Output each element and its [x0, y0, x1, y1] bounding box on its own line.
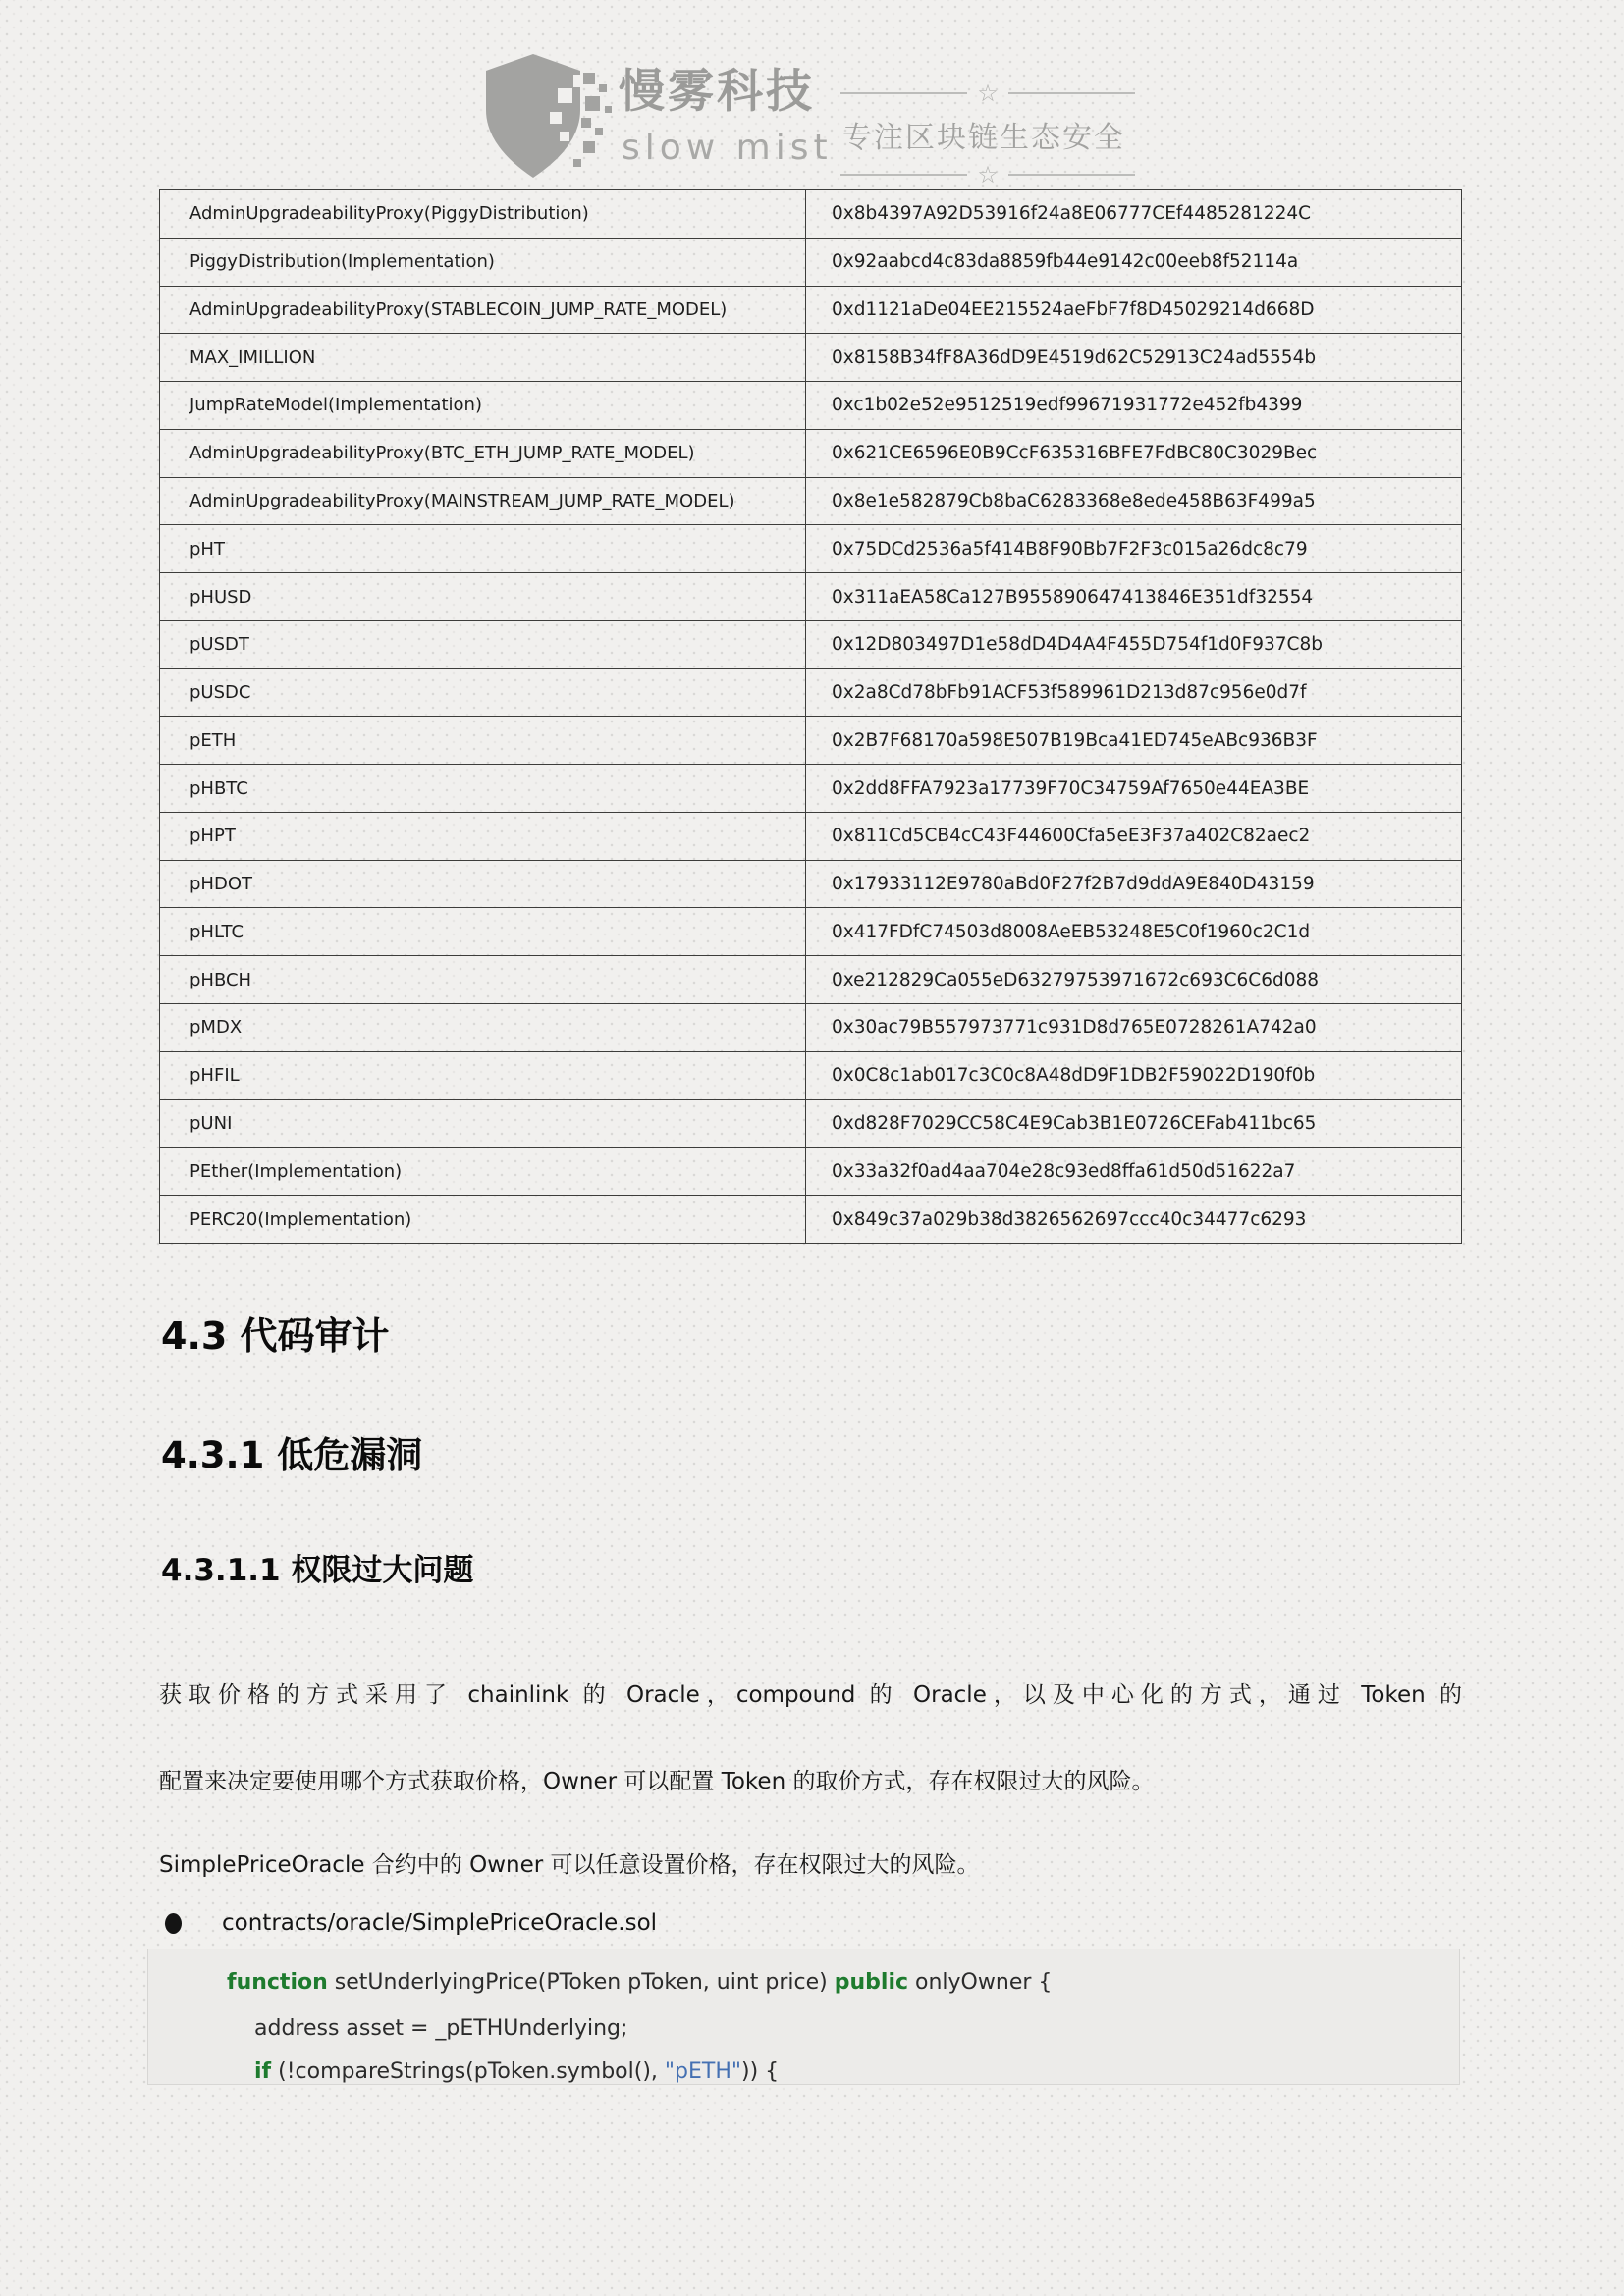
table-row: pUNI 0xd828F7029CC58C4E9Cab3B1E0726CEFab… [160, 1099, 1462, 1148]
table-row: pETH 0x2B7F68170a598E507B19Bca41ED745eAB… [160, 717, 1462, 765]
table-row: AdminUpgradeabilityProxy(BTC_ETH_JUMP_RA… [160, 429, 1462, 477]
contract-address-cell: 0x30ac79B557973771c931D8d765E0728261A742… [806, 1004, 1462, 1052]
code-text: )) { [741, 2059, 779, 2084]
bullet-icon [165, 1913, 182, 1934]
header-tagline: ☆ 专注区块链生态安全 ☆ [840, 80, 1135, 187]
table-row: pHLTC 0x417FDfC74503d8008AeEB53248E5C0f1… [160, 908, 1462, 956]
contract-address-cell: 0x2B7F68170a598E507B19Bca41ED745eABc936B… [806, 717, 1462, 765]
report-page: 慢雾科技 slow mist ☆ 专注区块链生态安全 ☆ AdminUpgrad… [0, 0, 1624, 2296]
table-row: pUSDC 0x2a8Cd78bFb91ACF53f589961D213d87c… [160, 668, 1462, 717]
contract-name-cell: pHPT [160, 812, 806, 860]
contract-address-cell: 0x849c37a029b38d3826562697ccc40c34477c62… [806, 1196, 1462, 1244]
table-row: PiggyDistribution(Implementation) 0x92aa… [160, 238, 1462, 286]
table-row: pHPT 0x811Cd5CB4cC43F44600Cfa5eE3F37a402… [160, 812, 1462, 860]
contract-address-cell: 0x75DCd2536a5f414B8F90Bb7F2F3c015a26dc8c… [806, 525, 1462, 573]
code-line-3: if (!compareStrings(pToken.symbol(), "pE… [254, 2057, 779, 2087]
table-row: pUSDT 0x12D803497D1e58dD4D4A4F455D754f1d… [160, 620, 1462, 668]
table-row: pHBCH 0xe212829Ca055eD63279753971672c693… [160, 956, 1462, 1004]
section-heading-4-3: 4.3 代码审计 [161, 1306, 390, 1360]
paragraph-line-1: 获取价格的方式采用了 chainlink 的 Oracle，compound 的… [159, 1679, 1462, 1712]
paragraph-line-2: 配置来决定要使用哪个方式获取价格，Owner 可以配置 Token 的取价方式，… [159, 1765, 1462, 1798]
file-path-label: contracts/oracle/SimplePriceOracle.sol [222, 1910, 657, 1936]
section-heading-4-3-1-1: 4.3.1.1 权限过大问题 [161, 1545, 473, 1589]
contract-name-cell: AdminUpgradeabilityProxy(STABLECOIN_JUMP… [160, 286, 806, 334]
contract-address-cell: 0x12D803497D1e58dD4D4A4F455D754f1d0F937C… [806, 620, 1462, 668]
code-text: (!compareStrings(pToken.symbol(), [271, 2059, 665, 2084]
table-row: pHUSD 0x311aEA58Ca127B955890647413846E35… [160, 573, 1462, 621]
contract-name-cell: pETH [160, 717, 806, 765]
table-row: pMDX 0x30ac79B557973771c931D8d765E072826… [160, 1004, 1462, 1052]
contract-address-cell: 0x2dd8FFA7923a17739F70C34759Af7650e44EA3… [806, 765, 1462, 813]
table-row: pHFIL 0x0C8c1ab017c3C0c8A48dD9F1DB2F5902… [160, 1051, 1462, 1099]
contract-name-cell: pHT [160, 525, 806, 573]
contract-name-cell: pHBTC [160, 765, 806, 813]
table-row: AdminUpgradeabilityProxy(STABLECOIN_JUMP… [160, 286, 1462, 334]
contract-address-cell: 0x8e1e582879Cb8baC6283368e8ede458B63F499… [806, 477, 1462, 525]
contract-address-cell: 0x811Cd5CB4cC43F44600Cfa5eE3F37a402C82ae… [806, 812, 1462, 860]
tagline-text: 专注区块链生态安全 [842, 113, 1135, 156]
contract-name-cell: MAX_IMILLION [160, 334, 806, 382]
contract-name-cell: PERC20(Implementation) [160, 1196, 806, 1244]
slowmist-shield-icon [479, 51, 636, 184]
contract-address-cell: 0x8158B34fF8A36dD9E4519d62C52913C24ad555… [806, 334, 1462, 382]
contract-name-cell: pHFIL [160, 1051, 806, 1099]
contract-name-cell: JumpRateModel(Implementation) [160, 382, 806, 430]
table-row: MAX_IMILLION 0x8158B34fF8A36dD9E4519d62C… [160, 334, 1462, 382]
table-row: JumpRateModel(Implementation) 0xc1b02e52… [160, 382, 1462, 430]
tagline-top-divider: ☆ [840, 80, 1135, 106]
contract-name-cell: pUSDC [160, 668, 806, 717]
contract-name-cell: PiggyDistribution(Implementation) [160, 238, 806, 286]
contract-name-cell: pHUSD [160, 573, 806, 621]
string-literal: "pETH" [665, 2059, 741, 2084]
contract-address-cell: 0x8b4397A92D53916f24a8E06777CEf448528122… [806, 190, 1462, 239]
table-row: pHDOT 0x17933112E9780aBd0F27f2B7d9ddA9E8… [160, 860, 1462, 908]
code-block: function setUnderlyingPrice(PToken pToke… [147, 1949, 1460, 2085]
contract-address-cell: 0xd1121aDe04EE215524aeFbF7f8D45029214d66… [806, 286, 1462, 334]
contracts-table-body: AdminUpgradeabilityProxy(PiggyDistributi… [160, 190, 1462, 1244]
contract-name-cell: pHLTC [160, 908, 806, 956]
file-bullet-item: contracts/oracle/SimplePriceOracle.sol [165, 1910, 657, 1936]
contract-name-cell: pUNI [160, 1099, 806, 1148]
contract-address-cell: 0xc1b02e52e9512519edf99671931772e452fb43… [806, 382, 1462, 430]
table-row: PERC20(Implementation) 0x849c37a029b38d3… [160, 1196, 1462, 1244]
divider-line [1008, 92, 1135, 94]
star-icon: ☆ [977, 163, 999, 187]
keyword-if: if [254, 2059, 271, 2084]
code-text: setUnderlyingPrice(PToken pToken, uint p… [328, 1970, 835, 1995]
contract-address-cell: 0x92aabcd4c83da8859fb44e9142c00eeb8f5211… [806, 238, 1462, 286]
contract-name-cell: PEther(Implementation) [160, 1148, 806, 1196]
keyword-public: public [835, 1970, 908, 1995]
contract-address-cell: 0xd828F7029CC58C4E9Cab3B1E0726CEFab411bc… [806, 1099, 1462, 1148]
star-icon: ☆ [977, 81, 999, 105]
divider-line [1008, 174, 1135, 176]
code-line-2: address asset = _pETHUnderlying; [254, 2014, 627, 2044]
contract-address-cell: 0x17933112E9780aBd0F27f2B7d9ddA9E840D431… [806, 860, 1462, 908]
contract-name-cell: AdminUpgradeabilityProxy(BTC_ETH_JUMP_RA… [160, 429, 806, 477]
contract-address-cell: 0x311aEA58Ca127B955890647413846E351df325… [806, 573, 1462, 621]
keyword-function: function [227, 1970, 328, 1995]
contract-name-cell: pHDOT [160, 860, 806, 908]
tagline-bottom-divider: ☆ [840, 162, 1135, 187]
table-row: AdminUpgradeabilityProxy(MAINSTREAM_JUMP… [160, 477, 1462, 525]
table-row: pHBTC 0x2dd8FFA7923a17739F70C34759Af7650… [160, 765, 1462, 813]
table-row: AdminUpgradeabilityProxy(PiggyDistributi… [160, 190, 1462, 239]
contract-address-cell: 0x0C8c1ab017c3C0c8A48dD9F1DB2F59022D190f… [806, 1051, 1462, 1099]
contract-name-cell: AdminUpgradeabilityProxy(PiggyDistributi… [160, 190, 806, 239]
contract-name-cell: pUSDT [160, 620, 806, 668]
table-row: PEther(Implementation) 0x33a32f0ad4aa704… [160, 1148, 1462, 1196]
contract-name-cell: AdminUpgradeabilityProxy(MAINSTREAM_JUMP… [160, 477, 806, 525]
divider-line [840, 92, 967, 94]
contract-address-cell: 0x2a8Cd78bFb91ACF53f589961D213d87c956e0d… [806, 668, 1462, 717]
contract-address-cell: 0x621CE6596E0B9CcF635316BFE7FdBC80C3029B… [806, 429, 1462, 477]
contract-address-cell: 0x33a32f0ad4aa704e28c93ed8ffa61d50d51622… [806, 1148, 1462, 1196]
contracts-table: AdminUpgradeabilityProxy(PiggyDistributi… [159, 189, 1462, 1244]
code-text: onlyOwner { [908, 1970, 1052, 1995]
brand-name-cn: 慢雾科技 [619, 55, 815, 121]
contract-address-cell: 0x417FDfC74503d8008AeEB53248E5C0f1960c2C… [806, 908, 1462, 956]
paragraph-line-3: SimplePriceOracle 合约中的 Owner 可以任意设置价格，存在… [159, 1848, 1462, 1882]
divider-line [840, 174, 967, 176]
table-row: pHT 0x75DCd2536a5f414B8F90Bb7F2F3c015a26… [160, 525, 1462, 573]
section-heading-4-3-1: 4.3.1 低危漏洞 [161, 1425, 422, 1478]
contract-name-cell: pHBCH [160, 956, 806, 1004]
contract-address-cell: 0xe212829Ca055eD63279753971672c693C6C6d0… [806, 956, 1462, 1004]
brand-name-en: slow mist [622, 128, 833, 168]
contract-name-cell: pMDX [160, 1004, 806, 1052]
code-line-1: function setUnderlyingPrice(PToken pToke… [227, 1968, 1052, 1998]
